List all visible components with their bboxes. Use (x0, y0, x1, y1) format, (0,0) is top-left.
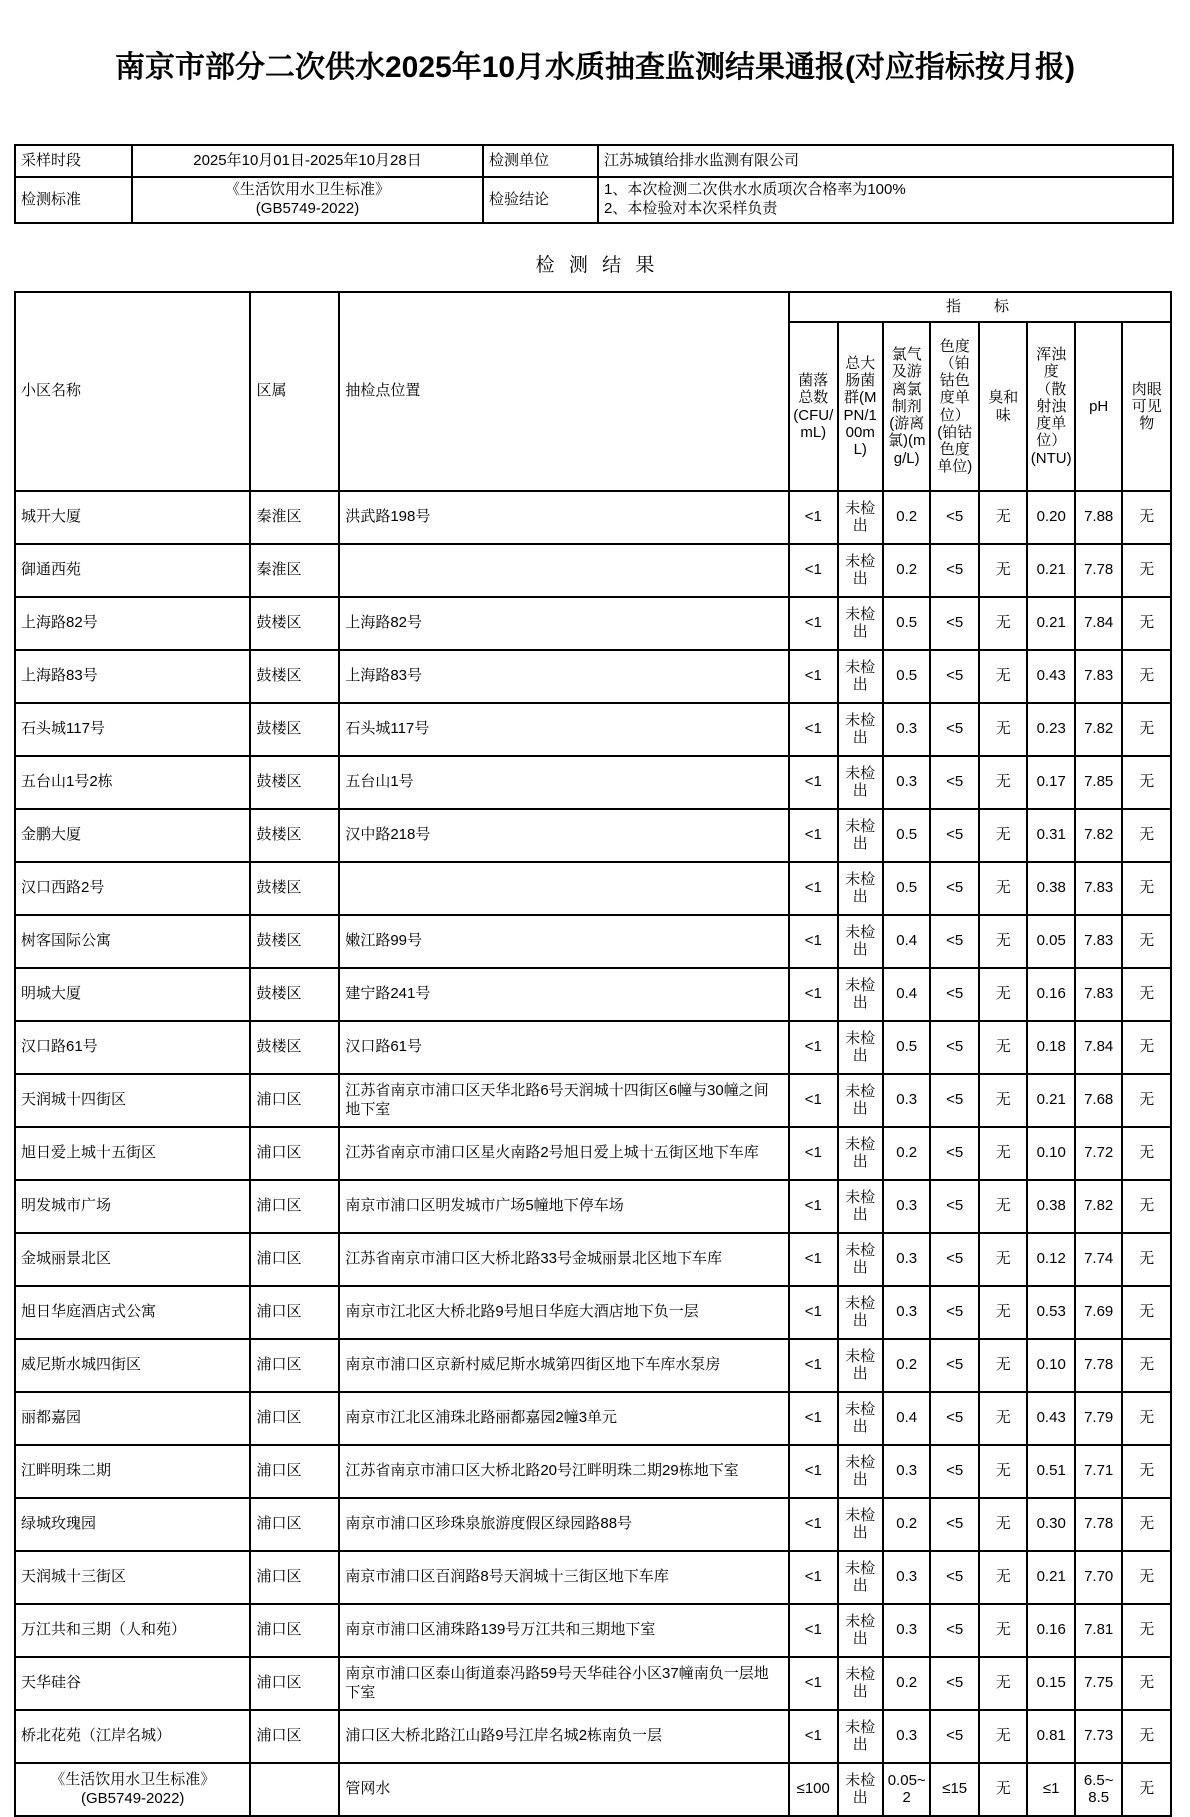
indicator-value-cell: 无 (1122, 1392, 1171, 1445)
indicator-value-cell: <1 (789, 1498, 838, 1551)
indicator-value-cell: 未检出 (838, 544, 883, 597)
location-cell: 汉口路61号 (339, 1021, 789, 1074)
indicator-value-cell: 无 (1122, 1339, 1171, 1392)
sampling-period-value: 2025年10月01日-2025年10月28日 (132, 145, 483, 177)
district-cell: 浦口区 (250, 1286, 339, 1339)
indicator-value-cell: <1 (789, 915, 838, 968)
indicator-value-cell: <5 (930, 809, 979, 862)
indicator-value-cell: <5 (930, 703, 979, 756)
location-cell: 南京市浦口区百润路8号天润城十三街区地下车库 (339, 1551, 789, 1604)
indicator-value-cell: 无 (1122, 1445, 1171, 1498)
indicator-value-cell: 0.21 (1027, 1074, 1074, 1127)
indicator-value-cell: <1 (789, 1710, 838, 1763)
conclusion-label: 检验结论 (483, 177, 598, 223)
indicator-value-cell: <5 (930, 1180, 979, 1233)
indicator-value-cell: 无 (1122, 1286, 1171, 1339)
indicator-value-cell: 未检出 (838, 1233, 883, 1286)
location-cell: 浦口区大桥北路江山路9号江岸名城2栋南负一层 (339, 1710, 789, 1763)
indicator-value-cell: 无 (1122, 1074, 1171, 1127)
district-cell: 浦口区 (250, 1074, 339, 1127)
table-row: 万江共和三期（人和苑）浦口区南京市浦口区浦珠路139号万江共和三期地下室<1未检… (15, 1604, 1171, 1657)
table-row: 上海路82号鼓楼区上海路82号<1未检出0.5<5无0.217.84无 (15, 597, 1171, 650)
community-name-cell: 旭日爱上城十五街区 (15, 1127, 250, 1180)
indicator-value-cell: <5 (930, 1710, 979, 1763)
indicator-value-cell: 0.2 (883, 544, 930, 597)
indicator-value-cell: 7.75 (1075, 1657, 1122, 1710)
indicator-value-cell: <1 (789, 1074, 838, 1127)
indicator-value-cell: <1 (789, 756, 838, 809)
sampling-period-label: 采样时段 (15, 145, 132, 177)
indicator-value-cell: 0.21 (1027, 1551, 1074, 1604)
indicator-value-cell: 7.84 (1075, 597, 1122, 650)
indicator-value-cell: <5 (930, 1392, 979, 1445)
table-row: 汉口路61号鼓楼区汉口路61号<1未检出0.5<5无0.187.84无 (15, 1021, 1171, 1074)
community-name-cell: 天润城十四街区 (15, 1074, 250, 1127)
location-cell: 上海路82号 (339, 597, 789, 650)
indicator-value-cell: 无 (1122, 1498, 1171, 1551)
district-cell: 浦口区 (250, 1233, 339, 1286)
indicator-value-cell: 7.83 (1075, 968, 1122, 1021)
indicator-value-cell: 0.3 (883, 1180, 930, 1233)
indicator-value-cell: <1 (789, 597, 838, 650)
community-name-cell: 旭日华庭酒店式公寓 (15, 1286, 250, 1339)
indicator-value-cell: 无 (1122, 809, 1171, 862)
indicator-value-cell: 7.85 (1075, 756, 1122, 809)
indicator-value-cell: <5 (930, 491, 979, 544)
community-name-cell: 金鹏大厦 (15, 809, 250, 862)
indicator-value-cell: 6.5~8.5 (1075, 1763, 1122, 1816)
district-cell: 鼓楼区 (250, 809, 339, 862)
table-row: 天润城十三街区浦口区南京市浦口区百润路8号天润城十三街区地下车库<1未检出0.3… (15, 1551, 1171, 1604)
table-row: 旭日爱上城十五街区浦口区江苏省南京市浦口区星火南路2号旭日爱上城十五街区地下车库… (15, 1127, 1171, 1180)
indicator-value-cell: 0.38 (1027, 1180, 1074, 1233)
indicator-value-cell: <1 (789, 1233, 838, 1286)
col-header-chromaticity: 色度（铂钴色度单位）(铂钴色度单位) (930, 322, 979, 491)
indicator-value-cell: 无 (1122, 491, 1171, 544)
indicator-value-cell: 0.43 (1027, 1392, 1074, 1445)
indicator-value-cell: 7.69 (1075, 1286, 1122, 1339)
section-title: 检测结果 (14, 250, 1176, 277)
col-header-district: 区属 (250, 292, 339, 491)
district-cell: 鼓楼区 (250, 1021, 339, 1074)
indicator-value-cell: <1 (789, 650, 838, 703)
indicator-value-cell: 0.3 (883, 1286, 930, 1339)
indicator-value-cell: <1 (789, 1021, 838, 1074)
report-page: 南京市部分二次供水2025年10月水质抽查监测结果通报(对应指标按月报) 采样时… (0, 42, 1190, 1817)
indicator-value-cell: 无 (1122, 1127, 1171, 1180)
indicator-value-cell: 无 (979, 544, 1028, 597)
test-unit-label: 检测单位 (483, 145, 598, 177)
indicator-value-cell: <1 (789, 544, 838, 597)
district-cell: 浦口区 (250, 1657, 339, 1710)
conclusion-value: 1、本次检测二次供水水质项次合格率为100% 2、本检验对本次采样负责 (598, 177, 1173, 223)
indicator-value-cell: 0.5 (883, 809, 930, 862)
location-cell: 南京市江北区大桥北路9号旭日华庭大酒店地下负一层 (339, 1286, 789, 1339)
indicator-value-cell: 0.31 (1027, 809, 1074, 862)
indicator-value-cell: <1 (789, 1604, 838, 1657)
indicator-value-cell: <5 (930, 756, 979, 809)
indicator-value-cell: 0.4 (883, 1392, 930, 1445)
indicator-value-cell: 7.68 (1075, 1074, 1122, 1127)
col-header-name: 小区名称 (15, 292, 250, 491)
test-unit-value: 江苏城镇给排水监测有限公司 (598, 145, 1173, 177)
location-cell: 建宁路241号 (339, 968, 789, 1021)
indicator-value-cell: 未检出 (838, 1763, 883, 1816)
district-cell: 鼓楼区 (250, 862, 339, 915)
table-row: 江畔明珠二期浦口区江苏省南京市浦口区大桥北路20号江畔明珠二期29栋地下室<1未… (15, 1445, 1171, 1498)
indicator-value-cell: <5 (930, 915, 979, 968)
indicator-value-cell: <5 (930, 1604, 979, 1657)
table-row: 明发城市广场浦口区南京市浦口区明发城市广场5幢地下停车场<1未检出0.3<5无0… (15, 1180, 1171, 1233)
indicator-value-cell: 未检出 (838, 756, 883, 809)
indicator-value-cell: <5 (930, 1021, 979, 1074)
table-row: 绿城玫瑰园浦口区南京市浦口区珍珠泉旅游度假区绿园路88号<1未检出0.2<5无0… (15, 1498, 1171, 1551)
table-row: 五台山1号2栋鼓楼区五台山1号<1未检出0.3<5无0.177.85无 (15, 756, 1171, 809)
indicator-value-cell: 0.21 (1027, 597, 1074, 650)
indicator-value-cell: 无 (979, 1074, 1028, 1127)
district-cell: 浦口区 (250, 1127, 339, 1180)
indicator-value-cell: 7.83 (1075, 915, 1122, 968)
results-body: 城开大厦秦淮区洪武路198号<1未检出0.2<5无0.207.88无御通西苑秦淮… (15, 491, 1171, 1816)
indicator-value-cell: 无 (979, 597, 1028, 650)
indicator-value-cell: 无 (979, 1710, 1028, 1763)
indicator-value-cell: 7.82 (1075, 1180, 1122, 1233)
indicator-value-cell: <1 (789, 1392, 838, 1445)
indicator-value-cell: 0.53 (1027, 1286, 1074, 1339)
indicator-value-cell: 7.78 (1075, 544, 1122, 597)
indicator-value-cell: 无 (979, 862, 1028, 915)
indicator-value-cell: 0.3 (883, 1710, 930, 1763)
indicator-value-cell: 0.4 (883, 968, 930, 1021)
indicator-value-cell: 无 (979, 1127, 1028, 1180)
community-name-cell: 天华硅谷 (15, 1657, 250, 1710)
indicator-value-cell: 0.3 (883, 1604, 930, 1657)
indicator-value-cell: 无 (1122, 1657, 1171, 1710)
indicator-value-cell: 无 (1122, 1710, 1171, 1763)
community-name-cell: 石头城117号 (15, 703, 250, 756)
indicator-value-cell: 0.2 (883, 1657, 930, 1710)
indicator-value-cell: 未检出 (838, 491, 883, 544)
indicator-value-cell: 无 (979, 1021, 1028, 1074)
indicator-value-cell: <1 (789, 1445, 838, 1498)
indicator-value-cell: 0.5 (883, 1021, 930, 1074)
indicator-value-cell: 0.3 (883, 1233, 930, 1286)
indicator-value-cell: 7.74 (1075, 1233, 1122, 1286)
indicator-value-cell: 无 (1122, 1233, 1171, 1286)
indicator-value-cell: 无 (1122, 597, 1171, 650)
indicator-value-cell: 0.23 (1027, 703, 1074, 756)
indicator-value-cell: 未检出 (838, 1445, 883, 1498)
indicator-value-cell: 无 (979, 915, 1028, 968)
community-name-cell: 御通西苑 (15, 544, 250, 597)
location-cell: 洪武路198号 (339, 491, 789, 544)
community-name-cell: 丽都嘉园 (15, 1392, 250, 1445)
location-cell: 五台山1号 (339, 756, 789, 809)
table-row: 旭日华庭酒店式公寓浦口区南京市江北区大桥北路9号旭日华庭大酒店地下负一层<1未检… (15, 1286, 1171, 1339)
indicator-value-cell: 7.83 (1075, 650, 1122, 703)
indicator-value-cell: 0.16 (1027, 1604, 1074, 1657)
indicator-value-cell: 0.5 (883, 650, 930, 703)
indicator-value-cell: 无 (979, 1339, 1028, 1392)
district-cell: 浦口区 (250, 1604, 339, 1657)
indicator-value-cell: 无 (1122, 1021, 1171, 1074)
standard-value: 《生活饮用水卫生标准》 (GB5749-2022) (132, 177, 483, 223)
indicator-value-cell: 无 (979, 1657, 1028, 1710)
indicator-value-cell: <5 (930, 1551, 979, 1604)
indicator-value-cell: 未检出 (838, 1710, 883, 1763)
indicator-value-cell: 0.4 (883, 915, 930, 968)
indicator-value-cell: 0.51 (1027, 1445, 1074, 1498)
indicator-value-cell: <1 (789, 809, 838, 862)
table-row: 上海路83号鼓楼区上海路83号<1未检出0.5<5无0.437.83无 (15, 650, 1171, 703)
district-cell: 秦淮区 (250, 544, 339, 597)
indicator-value-cell: 无 (979, 756, 1028, 809)
indicator-value-cell: 7.82 (1075, 809, 1122, 862)
community-name-cell: 汉口西路2号 (15, 862, 250, 915)
location-cell: 江苏省南京市浦口区星火南路2号旭日爱上城十五街区地下车库 (339, 1127, 789, 1180)
indicator-value-cell: 0.15 (1027, 1657, 1074, 1710)
indicator-value-cell: 0.81 (1027, 1710, 1074, 1763)
indicator-value-cell: 0.05~2 (883, 1763, 930, 1816)
indicator-value-cell: <1 (789, 1127, 838, 1180)
col-header-ph: pH (1075, 322, 1122, 491)
indicator-value-cell: 0.3 (883, 1551, 930, 1604)
col-header-location: 抽检点位置 (339, 292, 789, 491)
indicator-value-cell: 无 (1122, 703, 1171, 756)
indicator-value-cell: 无 (979, 1551, 1028, 1604)
district-cell: 浦口区 (250, 1392, 339, 1445)
community-name-cell: 上海路83号 (15, 650, 250, 703)
indicator-value-cell: 无 (1122, 862, 1171, 915)
table-row: 桥北花苑（江岸名城）浦口区浦口区大桥北路江山路9号江岸名城2栋南负一层<1未检出… (15, 1710, 1171, 1763)
indicator-value-cell: 未检出 (838, 1551, 883, 1604)
community-name-cell: 明城大厦 (15, 968, 250, 1021)
col-header-odor-taste: 臭和味 (979, 322, 1028, 491)
indicator-value-cell: 0.3 (883, 1445, 930, 1498)
indicator-value-cell: 7.72 (1075, 1127, 1122, 1180)
community-name-cell: 天润城十三街区 (15, 1551, 250, 1604)
community-name-cell: 《生活饮用水卫生标准》 (GB5749-2022) (15, 1763, 250, 1816)
indicator-value-cell: 无 (1122, 1763, 1171, 1816)
community-name-cell: 江畔明珠二期 (15, 1445, 250, 1498)
table-row: 石头城117号鼓楼区石头城117号<1未检出0.3<5无0.237.82无 (15, 703, 1171, 756)
location-cell: 南京市浦口区京新村威尼斯水城第四街区地下车库水泵房 (339, 1339, 789, 1392)
indicator-value-cell: 7.82 (1075, 703, 1122, 756)
indicator-value-cell: 0.20 (1027, 491, 1074, 544)
indicator-value-cell: 7.78 (1075, 1498, 1122, 1551)
district-cell: 浦口区 (250, 1551, 339, 1604)
table-row: 天润城十四街区浦口区江苏省南京市浦口区天华北路6号天润城十四街区6幢与30幢之间… (15, 1074, 1171, 1127)
indicator-value-cell: 无 (979, 491, 1028, 544)
indicator-value-cell: 无 (979, 1498, 1028, 1551)
indicator-value-cell: <5 (930, 544, 979, 597)
indicator-value-cell: 未检出 (838, 915, 883, 968)
indicator-value-cell: 0.5 (883, 862, 930, 915)
indicator-value-cell: 7.84 (1075, 1021, 1122, 1074)
community-name-cell: 万江共和三期（人和苑） (15, 1604, 250, 1657)
indicator-value-cell: <5 (930, 1445, 979, 1498)
indicator-value-cell: 无 (1122, 544, 1171, 597)
indicator-value-cell: <1 (789, 1339, 838, 1392)
indicator-value-cell: 0.30 (1027, 1498, 1074, 1551)
table-row: 金鹏大厦鼓楼区汉中路218号<1未检出0.5<5无0.317.82无 (15, 809, 1171, 862)
indicator-value-cell: 0.5 (883, 597, 930, 650)
indicator-value-cell: 无 (1122, 1551, 1171, 1604)
community-name-cell: 明发城市广场 (15, 1180, 250, 1233)
district-cell: 鼓楼区 (250, 915, 339, 968)
indicator-value-cell: 0.3 (883, 756, 930, 809)
community-name-cell: 树客国际公寓 (15, 915, 250, 968)
info-table: 采样时段 2025年10月01日-2025年10月28日 检测单位 江苏城镇给排… (14, 144, 1174, 224)
results-table: 小区名称 区属 抽检点位置 指标 菌落总数(CFU/mL) 总大肠菌群(MPN/… (14, 291, 1172, 1817)
table-row: 汉口西路2号鼓楼区<1未检出0.5<5无0.387.83无 (15, 862, 1171, 915)
indicator-value-cell: 未检出 (838, 1498, 883, 1551)
district-cell (250, 1763, 339, 1816)
indicator-value-cell: 0.12 (1027, 1233, 1074, 1286)
indicator-value-cell: ≤100 (789, 1763, 838, 1816)
indicator-value-cell: 0.2 (883, 1127, 930, 1180)
district-cell: 鼓楼区 (250, 968, 339, 1021)
info-row-standard: 检测标准 《生活饮用水卫生标准》 (GB5749-2022) 检验结论 1、本次… (15, 177, 1173, 223)
location-cell: 南京市江北区浦珠北路丽都嘉园2幢3单元 (339, 1392, 789, 1445)
indicator-value-cell: <1 (789, 1180, 838, 1233)
indicator-value-cell: <1 (789, 968, 838, 1021)
community-name-cell: 五台山1号2栋 (15, 756, 250, 809)
col-header-free-chlorine: 氯气及游离氯制剂(游离氯)(mg/L) (883, 322, 930, 491)
indicator-value-cell: <5 (930, 1657, 979, 1710)
indicator-value-cell: 无 (979, 1445, 1028, 1498)
indicator-value-cell: 0.10 (1027, 1127, 1074, 1180)
table-row: 明城大厦鼓楼区建宁路241号<1未检出0.4<5无0.167.83无 (15, 968, 1171, 1021)
indicator-value-cell: 未检出 (838, 1021, 883, 1074)
page-title: 南京市部分二次供水2025年10月水质抽查监测结果通报(对应指标按月报) (14, 42, 1176, 86)
header-row-indicators: 小区名称 区属 抽检点位置 指标 (15, 292, 1171, 322)
location-cell: 江苏省南京市浦口区天华北路6号天润城十四街区6幢与30幢之间地下室 (339, 1074, 789, 1127)
indicator-value-cell: 0.21 (1027, 544, 1074, 597)
indicator-value-cell: 无 (979, 1392, 1028, 1445)
indicator-value-cell: 无 (979, 1604, 1028, 1657)
indicator-value-cell: 无 (979, 968, 1028, 1021)
indicator-value-cell: ≤1 (1027, 1763, 1074, 1816)
location-cell: 南京市浦口区浦珠路139号万江共和三期地下室 (339, 1604, 789, 1657)
indicator-value-cell: <5 (930, 1074, 979, 1127)
indicator-value-cell: <5 (930, 968, 979, 1021)
indicator-value-cell: <5 (930, 650, 979, 703)
indicator-value-cell: 7.88 (1075, 491, 1122, 544)
location-cell: 江苏省南京市浦口区大桥北路33号金城丽景北区地下车库 (339, 1233, 789, 1286)
col-header-colony-count: 菌落总数(CFU/mL) (789, 322, 838, 491)
district-cell: 浦口区 (250, 1498, 339, 1551)
location-cell: 石头城117号 (339, 703, 789, 756)
district-cell: 浦口区 (250, 1445, 339, 1498)
indicator-value-cell: <5 (930, 1339, 979, 1392)
district-cell: 浦口区 (250, 1710, 339, 1763)
community-name-cell: 城开大厦 (15, 491, 250, 544)
location-cell: 嫩江路99号 (339, 915, 789, 968)
indicator-value-cell: 7.79 (1075, 1392, 1122, 1445)
indicator-value-cell: <5 (930, 1286, 979, 1339)
indicator-value-cell: 未检出 (838, 703, 883, 756)
community-name-cell: 绿城玫瑰园 (15, 1498, 250, 1551)
table-row: 丽都嘉园浦口区南京市江北区浦珠北路丽都嘉园2幢3单元<1未检出0.4<5无0.4… (15, 1392, 1171, 1445)
location-cell: 南京市浦口区明发城市广场5幢地下停车场 (339, 1180, 789, 1233)
indicator-value-cell: <5 (930, 1498, 979, 1551)
location-cell (339, 544, 789, 597)
indicator-value-cell: <1 (789, 703, 838, 756)
indicator-value-cell: 未检出 (838, 597, 883, 650)
indicator-value-cell: 7.71 (1075, 1445, 1122, 1498)
indicator-value-cell: 7.81 (1075, 1604, 1122, 1657)
indicator-value-cell: 0.2 (883, 491, 930, 544)
indicator-value-cell: 7.73 (1075, 1710, 1122, 1763)
location-cell: 江苏省南京市浦口区大桥北路20号江畔明珠二期29栋地下室 (339, 1445, 789, 1498)
indicator-value-cell: 未检出 (838, 1657, 883, 1710)
indicator-value-cell: <5 (930, 1127, 979, 1180)
indicator-value-cell: 无 (979, 1180, 1028, 1233)
standard-label: 检测标准 (15, 177, 132, 223)
location-cell: 南京市浦口区泰山街道泰冯路59号天华硅谷小区37幢南负一层地下室 (339, 1657, 789, 1710)
indicator-value-cell: 无 (1122, 1180, 1171, 1233)
indicator-value-cell: 未检出 (838, 650, 883, 703)
indicator-value-cell: 0.05 (1027, 915, 1074, 968)
col-header-visible-matter: 肉眼可见物 (1122, 322, 1171, 491)
indicator-value-cell: 未检出 (838, 1604, 883, 1657)
indicator-value-cell: 无 (1122, 1604, 1171, 1657)
table-row: 御通西苑秦淮区<1未检出0.2<5无0.217.78无 (15, 544, 1171, 597)
indicator-value-cell: 无 (979, 703, 1028, 756)
location-cell: 南京市浦口区珍珠泉旅游度假区绿园路88号 (339, 1498, 789, 1551)
table-row: 威尼斯水城四街区浦口区南京市浦口区京新村威尼斯水城第四街区地下车库水泵房<1未检… (15, 1339, 1171, 1392)
indicator-value-cell: 0.2 (883, 1498, 930, 1551)
indicator-value-cell: 未检出 (838, 809, 883, 862)
table-row: 《生活饮用水卫生标准》 (GB5749-2022)管网水≤100未检出0.05~… (15, 1763, 1171, 1816)
indicator-value-cell: 未检出 (838, 968, 883, 1021)
indicator-value-cell: <1 (789, 862, 838, 915)
indicator-value-cell: 无 (979, 650, 1028, 703)
district-cell: 秦淮区 (250, 491, 339, 544)
indicator-value-cell: 0.2 (883, 1339, 930, 1392)
table-row: 城开大厦秦淮区洪武路198号<1未检出0.2<5无0.207.88无 (15, 491, 1171, 544)
indicator-value-cell: 0.3 (883, 1074, 930, 1127)
indicator-value-cell: 无 (1122, 650, 1171, 703)
indicator-value-cell: <1 (789, 1286, 838, 1339)
indicator-value-cell: <5 (930, 862, 979, 915)
indicator-value-cell: 0.16 (1027, 968, 1074, 1021)
indicator-value-cell: 无 (979, 1233, 1028, 1286)
location-cell: 汉中路218号 (339, 809, 789, 862)
table-row: 树客国际公寓鼓楼区嫩江路99号<1未检出0.4<5无0.057.83无 (15, 915, 1171, 968)
indicator-value-cell: 0.38 (1027, 862, 1074, 915)
indicator-value-cell: 无 (1122, 756, 1171, 809)
community-name-cell: 汉口路61号 (15, 1021, 250, 1074)
indicator-value-cell: 未检出 (838, 1339, 883, 1392)
col-header-coliform: 总大肠菌群(MPN/100mL) (838, 322, 883, 491)
indicator-value-cell: 无 (1122, 968, 1171, 1021)
district-cell: 浦口区 (250, 1180, 339, 1233)
location-cell: 上海路83号 (339, 650, 789, 703)
indicator-value-cell: <1 (789, 491, 838, 544)
indicator-value-cell: <5 (930, 597, 979, 650)
indicator-value-cell: <1 (789, 1551, 838, 1604)
col-header-turbidity: 浑浊度（散射浊度单位）(NTU) (1027, 322, 1074, 491)
indicator-value-cell: 0.3 (883, 703, 930, 756)
indicator-value-cell: 0.18 (1027, 1021, 1074, 1074)
indicator-value-cell: 7.70 (1075, 1551, 1122, 1604)
district-cell: 浦口区 (250, 1339, 339, 1392)
indicator-value-cell: ≤15 (930, 1763, 979, 1816)
community-name-cell: 上海路82号 (15, 597, 250, 650)
indicators-group-header: 指标 (789, 292, 1171, 322)
